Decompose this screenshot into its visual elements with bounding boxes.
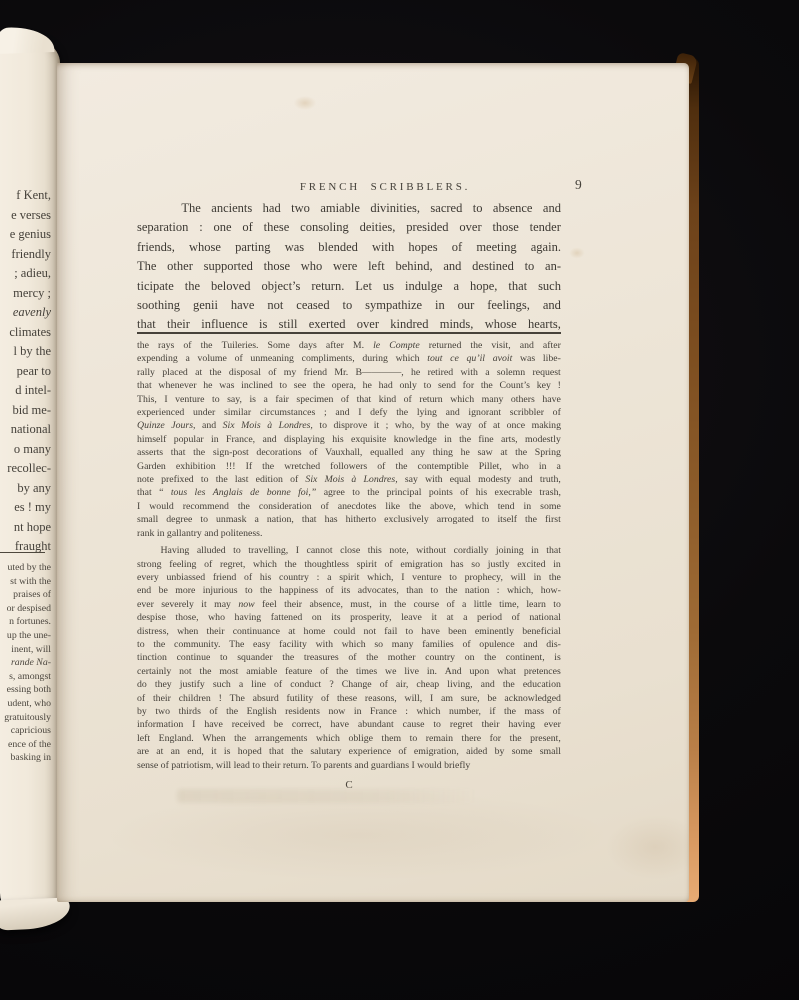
text-line: tinctioncontinuetosquanderthetreasuresof… xyxy=(137,651,561,664)
previous-page-text-fragments: f Kent,e versese geniusfriendly; adieu,m… xyxy=(0,186,51,557)
text-line: theraysoftheTuileries.SomedaysafterM.leC… xyxy=(137,339,561,352)
previous-page-footnote-fragments: uted by thest with thepraises ofor despi… xyxy=(0,561,51,765)
text-line: expendingavolumeofunmeaningcompliments,d… xyxy=(137,352,561,365)
text-fragment: mercy ; xyxy=(0,284,51,304)
text-fragment: uted by the xyxy=(0,561,51,575)
text-fragment: essing both xyxy=(0,683,51,697)
text-line: experiencedundersimilarcircumstances;and… xyxy=(137,406,561,419)
text-line: everseverelyitmaynowfeeltheirabsence,mus… xyxy=(137,598,561,611)
text-fragment: up the une- xyxy=(0,629,51,643)
text-line: Theancientshadtwoamiabledivinities,sacre… xyxy=(137,199,561,218)
text-fragment: e verses xyxy=(0,206,51,226)
text-line: assertsthatthesign-postdecorationsofVaux… xyxy=(137,446,561,459)
text-line: areatanend,itishopedthatthesalutaryexper… xyxy=(137,745,561,758)
text-fragment: praises of xyxy=(0,588,51,602)
text-line: himselfpopularinFrance,anddisplayinghise… xyxy=(137,433,561,446)
text-line: This,Iventuretosay,isafairspecimenofthat… xyxy=(137,393,561,406)
text-fragment: st with the xyxy=(0,575,51,589)
text-line: rank in gallantry and politeness. xyxy=(137,527,561,540)
text-fragment: friendly xyxy=(0,245,51,265)
text-fragment: by any xyxy=(0,479,51,499)
show-through-smudge xyxy=(177,789,477,803)
text-line: dotheyjustifysuchalineofconduct?Changeof… xyxy=(137,678,561,691)
text-fragment: basking in xyxy=(0,751,51,765)
previous-page-footnote-rule xyxy=(0,552,45,553)
text-fragment: eavenly xyxy=(0,303,51,323)
text-fragment: d intel- xyxy=(0,381,51,401)
text-line: oftheirchildren!Theabsurdfutilityofthese… xyxy=(137,692,561,705)
text-fragment: nt hope xyxy=(0,518,51,538)
text-line: ticipatethebelovedobject’sreturn.Letusin… xyxy=(137,277,561,296)
text-fragment: inent, will xyxy=(0,643,51,657)
footnote-paragraph: Havingalludedtotravelling,Icannotcloseth… xyxy=(137,544,561,772)
text-line: that“touslesAnglaisdebonnefoi,”agreetoth… xyxy=(137,486,561,499)
text-line: endbemoreinjurioustothehappinessofitsadv… xyxy=(137,584,561,597)
text-fragment: o many xyxy=(0,440,51,460)
text-fragment: pear to xyxy=(0,362,51,382)
page-number: 9 xyxy=(575,177,582,193)
text-fragment: f Kent, xyxy=(0,186,51,206)
text-fragment: s, amongst xyxy=(0,670,51,684)
text-fragment: national xyxy=(0,420,51,440)
footnote-paragraph: theraysoftheTuileries.SomedaysafterM.leC… xyxy=(137,339,561,540)
text-line: everyunbiassedfriendofhiscountry:aspirit… xyxy=(137,571,561,584)
text-fragment: fraught xyxy=(0,537,51,557)
text-line: smalldegreetounmaskanation,thathashither… xyxy=(137,513,561,526)
text-line: tothecommunity.Theeasyfacilitywithwhichs… xyxy=(137,638,561,651)
text-fragment: bid me- xyxy=(0,401,51,421)
text-line: informationIhavereceivedbecorrect,haveab… xyxy=(137,718,561,731)
page-header-title: FRENCH SCRIBBLERS. xyxy=(300,181,470,193)
text-line: thatwheneverhewasinclinedtoseetheopera,h… xyxy=(137,379,561,392)
text-fragment: ; adieu, xyxy=(0,264,51,284)
footnote-separator-rule xyxy=(137,332,561,334)
text-line: soothinggeniihavenotceasedtosympathizein… xyxy=(137,296,561,315)
text-fragment: n fortunes. xyxy=(0,615,51,629)
text-fragment: or despised xyxy=(0,602,51,616)
text-line: sense of patriotism, will lead to their … xyxy=(137,759,561,772)
text-line: strongfeelingofregret,whichthethoughtles… xyxy=(137,558,561,571)
book-page: FRENCH SCRIBBLERS. 9 Theancientshadtwoam… xyxy=(57,63,689,902)
text-line: bytwothirdsoftheEnglishresidentsnowinFra… xyxy=(137,705,561,718)
text-line: rallyplacedatthedisposalofmyfriendMr.B——… xyxy=(137,366,561,379)
text-line: certainlynotthemostamiablefeatureoftheti… xyxy=(137,665,561,678)
text-fragment: udent, who xyxy=(0,697,51,711)
text-line: Theothersupportedthosewhowereleftbehind,… xyxy=(137,257,561,276)
text-line: distress,whentheircontinuanceathomecould… xyxy=(137,625,561,638)
text-line: Havingalludedtotravelling,Icannotcloseth… xyxy=(137,544,561,557)
text-line: separation:oneoftheseconsolingdeities,pr… xyxy=(137,218,561,237)
text-line: Gardenexhibition!!!Ifthewretchedfollower… xyxy=(137,460,561,473)
text-fragment: recollec- xyxy=(0,459,51,479)
text-fragment: gratuitously xyxy=(0,711,51,725)
text-fragment: ence of the xyxy=(0,738,51,752)
text-fragment: capricious xyxy=(0,724,51,738)
book-photograph: f Kent,e versese geniusfriendly; adieu,m… xyxy=(0,0,799,1000)
text-fragment: climates xyxy=(0,323,51,343)
text-line: noteprefixedtothelasteditionofSixMoisàLo… xyxy=(137,473,561,486)
text-fragment: es ! my xyxy=(0,498,51,518)
text-line: despisethose,whohavingfattenedonitsprosp… xyxy=(137,611,561,624)
text-line: Iwouldrecommendtheconsiderationofanecdot… xyxy=(137,500,561,513)
text-line: QuinzeJours,andSixMoisàLondres,todisprov… xyxy=(137,419,561,432)
footnote-text: theraysoftheTuileries.SomedaysafterM.leC… xyxy=(137,339,561,772)
text-line: friends,whosepartingwasblendedwithhopeso… xyxy=(137,238,561,257)
text-fragment: e genius xyxy=(0,225,51,245)
text-fragment: l by the xyxy=(0,342,51,362)
text-line: leftEngland.Whenthearrangementswhichobli… xyxy=(137,732,561,745)
main-text: Theancientshadtwoamiabledivinities,sacre… xyxy=(137,199,561,335)
text-fragment: rande Na- xyxy=(0,656,51,670)
previous-page-edge: f Kent,e versese geniusfriendly; adieu,m… xyxy=(0,33,60,917)
